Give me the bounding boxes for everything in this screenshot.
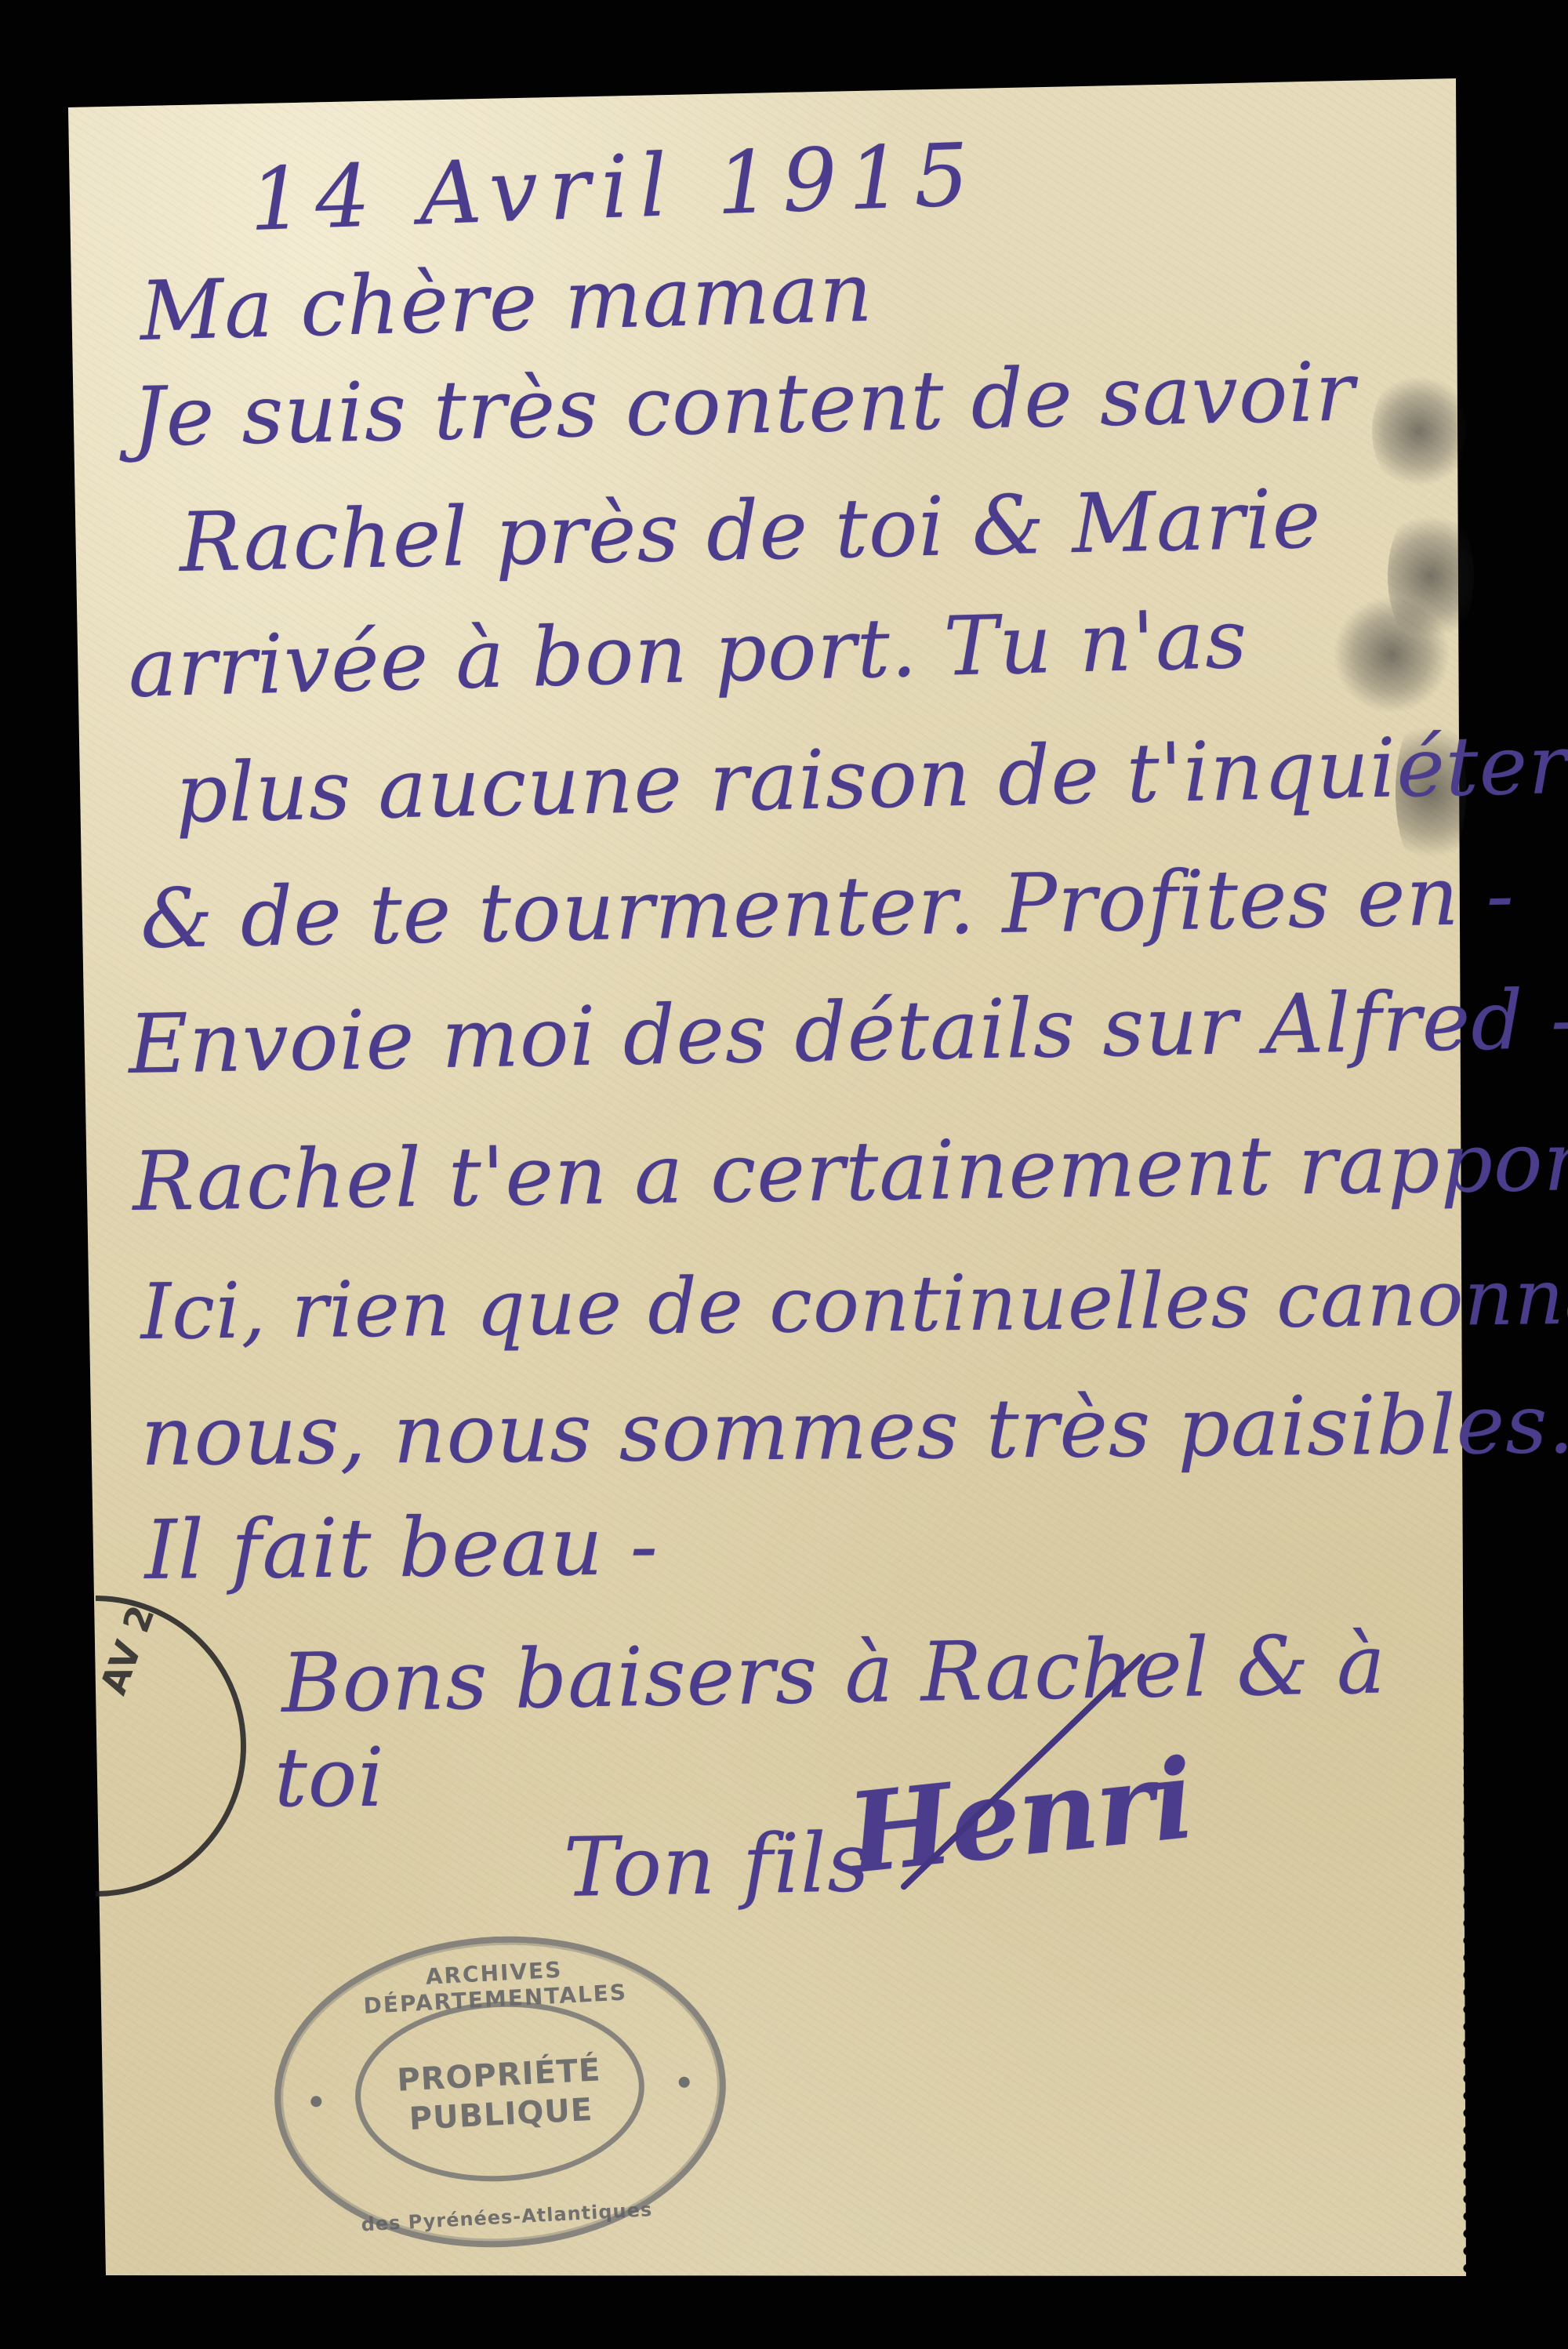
postmark-smudge [1372,369,1466,494]
letter-body-line: Rachel t'en a certainement rapportés - [132,1118,1568,1222]
letter-signoff: Ton fils [563,1821,870,1908]
letter-closing-line: Bons baisers à Rachel & à [281,1623,1386,1724]
stamp-dot-right [678,2076,690,2088]
postmark-smudge [1333,596,1450,713]
letter-body-line: Rachel près de toi & Marie [179,478,1322,583]
letter-date: 14 Avril 1915 [248,132,981,243]
letter-closing-line: toi [274,1737,385,1818]
letter-signature: Henri [843,1745,1197,1890]
letter-body-line: Je suis très content de savoir [132,350,1356,458]
stamp-inner-ring: PROPRIÉTÉ PUBLIQUE [350,1995,648,2189]
letter-body-line: Il fait beau - [144,1505,659,1591]
stamp-center-text: PROPRIÉTÉ PUBLIQUE [359,2049,641,2141]
letter-body-line: Envoie moi des détails sur Alfred - [128,978,1568,1085]
letter-salutation: Ma chère maman [139,252,873,352]
letter-body-line: Ici, rien que de continuelles canonnades… [140,1257,1568,1351]
letter-body-line: & de te tourmenter. Profites en - [140,854,1515,960]
stamp-dot-left [310,2096,322,2108]
letter-body-line: nous, nous sommes très paisibles. [140,1383,1568,1477]
